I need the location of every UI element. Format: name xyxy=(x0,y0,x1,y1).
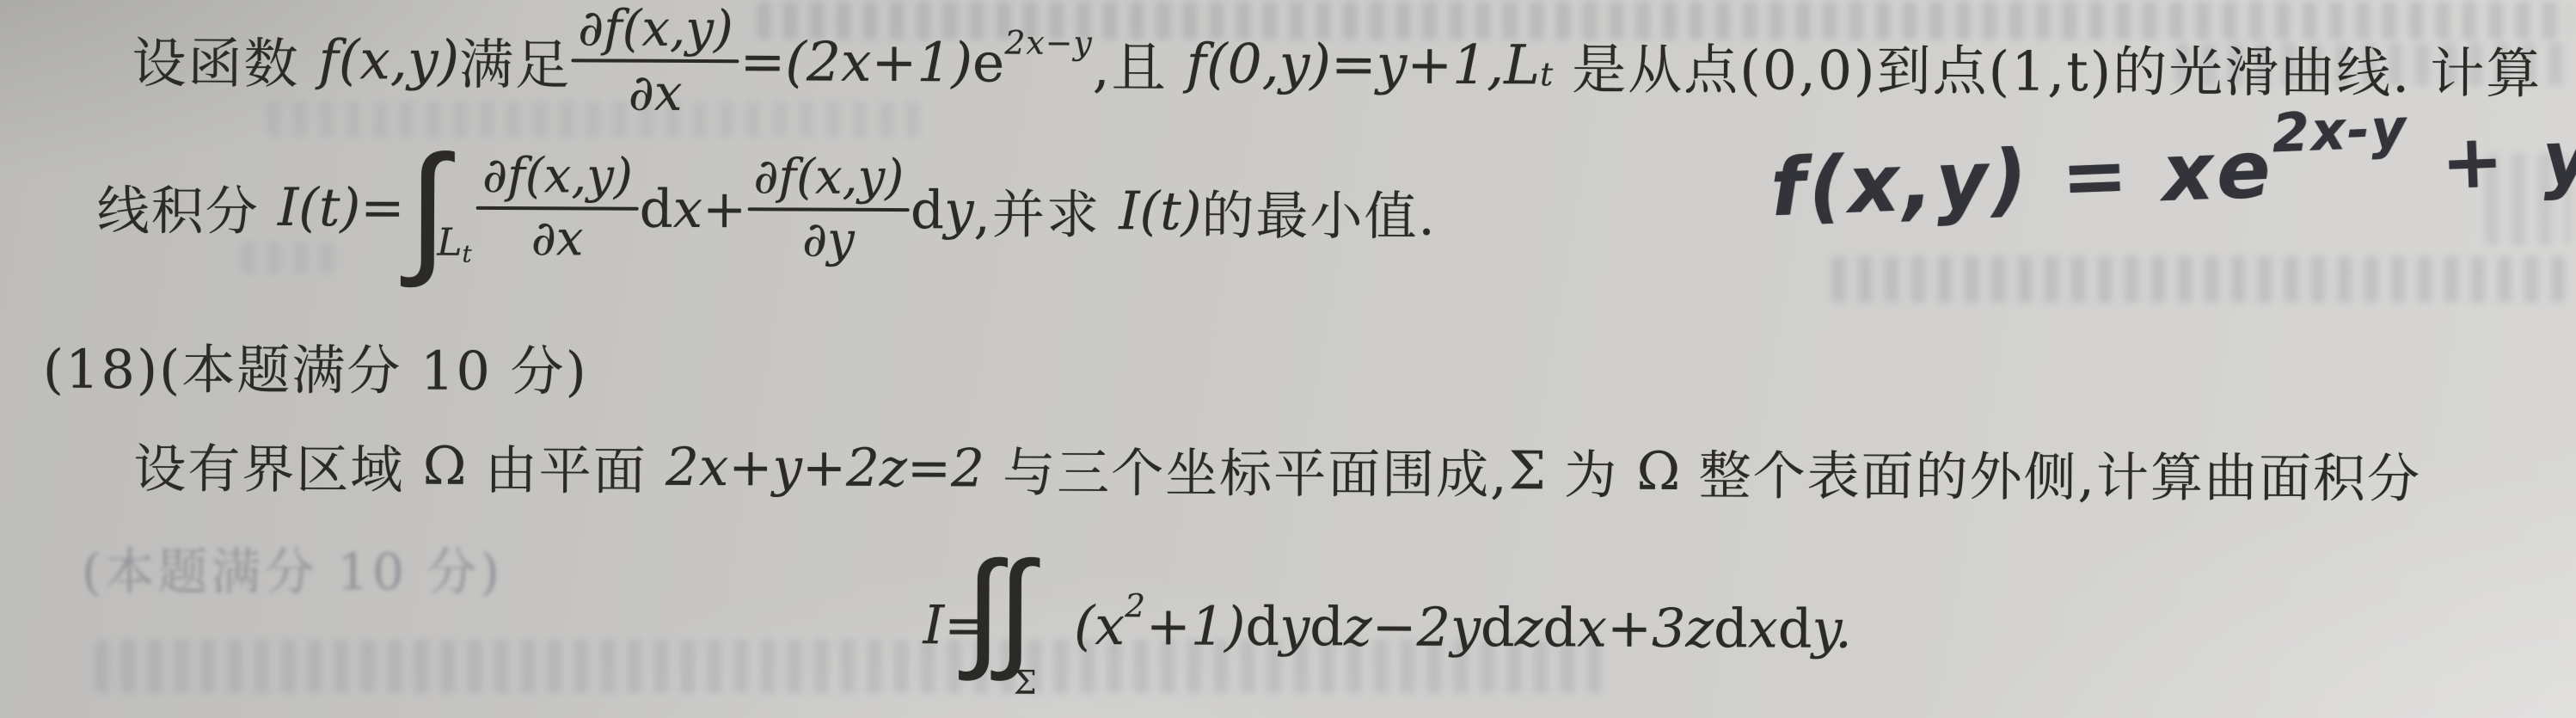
textbook-page: (本题满分 10 分) 设函数 f(x,y)满足 ∂f(x,y)∂x =(2x+… xyxy=(0,0,2576,718)
differential-d: d xyxy=(911,180,944,241)
exponent-2x-minus-y: 2x−y xyxy=(1004,23,1093,61)
page-content: 设函数 f(x,y)满足 ∂f(x,y)∂x =(2x+1)e2x−y ,且 f… xyxy=(0,0,2576,718)
curve-symbol-L: L xyxy=(1504,34,1540,96)
plus-operator: + xyxy=(702,179,746,240)
variable: x xyxy=(1577,596,1607,659)
fraction-denominator: ∂x xyxy=(531,214,584,265)
line2-It: I(t) xyxy=(1119,181,1202,242)
fraction-numerator: ∂f(x,y) xyxy=(578,3,733,56)
formula-I-equals: I= xyxy=(923,593,989,656)
partial-fraction-dfdx-2: ∂f(x,y)∂x xyxy=(482,151,633,266)
plane-equation: 2x+y+2z=2 xyxy=(665,436,984,499)
term-minus-2y: −2y xyxy=(1371,595,1481,659)
euler-e: e xyxy=(972,31,1005,94)
handwritten-xe: xe xyxy=(2161,123,2276,219)
double-integral-subscript-sigma: Σ xyxy=(1014,664,1037,702)
integral-subscript: Lt xyxy=(437,220,472,264)
line1-fxy: f(x,y) xyxy=(318,28,459,92)
line2-text-and-find: ,并求 xyxy=(973,173,1119,249)
variable: z xyxy=(1515,596,1543,659)
handwritten-exponent: 2x-y xyxy=(2271,96,2408,164)
variable-y: y xyxy=(944,180,974,241)
differential-d: d xyxy=(1778,597,1812,660)
curve-subscript-t: t xyxy=(1540,55,1553,93)
fraction-numerator: ∂f(x,y) xyxy=(753,152,904,204)
body-text-is: 为 xyxy=(1546,433,1637,508)
line2-text-line-integral: 线积分 xyxy=(96,169,278,244)
line1-text-set-function: 设函数 xyxy=(132,20,318,99)
line-integral-sign: ∫Lt xyxy=(408,139,472,277)
variable: x xyxy=(1748,597,1778,660)
differential-d: d xyxy=(1309,595,1344,658)
handwritten-lhs: f(x,y) = xyxy=(1769,127,2163,234)
body-text-bounded-region: 设有界区域 xyxy=(133,427,423,503)
formula-exponent-2: 2 xyxy=(1125,586,1146,624)
omega-symbol-2: Ω xyxy=(1636,440,1680,501)
fraction-numerator: ∂f(x,y) xyxy=(482,151,633,203)
line1-text-and: ,且 xyxy=(1092,24,1186,102)
variable: z xyxy=(1344,595,1372,658)
fraction-bar xyxy=(747,207,910,212)
fraction-denominator: ∂y xyxy=(802,216,855,267)
double-integral-glyph: ∫∫ xyxy=(997,549,1066,669)
differential-d: d xyxy=(1245,594,1279,657)
formula-plus-one: +1) xyxy=(1146,594,1246,658)
term-plus-3z: +3z xyxy=(1607,596,1714,660)
formula-open-x: (x xyxy=(1074,593,1125,656)
problem-18-body: 设有界区域 Ω 由平面 2x+y+2z=2 与三个坐标平面围成,Σ 为 Ω 整个… xyxy=(133,414,2421,525)
line1-text-curve-description: 是从点(0,0)到点(1,t)的光滑曲线. 计算 xyxy=(1553,26,2542,108)
differential-d: d xyxy=(1543,596,1577,659)
problem-18-header: (18)(本题满分 10 分) xyxy=(43,322,588,410)
body-text-outer-surface: 整个表面的外侧,计算曲面积分 xyxy=(1680,433,2421,512)
fraction-bar xyxy=(572,58,739,63)
partial-fraction-dfdx: ∂f(x,y)∂x xyxy=(578,3,733,120)
differential-d: d xyxy=(640,178,673,239)
problem-17-line-2: 线积分 I(t)= ∫Lt ∂f(x,y)∂x dx+ ∂f(x,y)∂y dy… xyxy=(96,122,1437,297)
double-integral-sign: ∫∫Σ xyxy=(997,549,1066,702)
problem-18-formula: I= ∫∫Σ (x2+1) dydz−2ydzdx+3zdxdy. xyxy=(923,533,1852,718)
line2-text-minimum: 的最小值. xyxy=(1201,174,1437,249)
variable-period: y. xyxy=(1812,597,1852,660)
handwritten-tail: + y + 1 xyxy=(2407,107,2576,207)
fraction-denominator: ∂x xyxy=(629,67,683,120)
line2-It-equals: I(t)= xyxy=(278,176,405,238)
differential-d: d xyxy=(1714,597,1748,660)
problem-number-and-points: (18)(本题满分 10 分) xyxy=(43,326,588,405)
line1-rhs: =(2x+1) xyxy=(739,30,972,94)
omega-symbol: Ω xyxy=(423,435,467,496)
differential-d: d xyxy=(1481,595,1515,658)
line1-text-satisfies: 满足 xyxy=(459,21,571,100)
line1-initial-condition: f(0,y)=y+1, xyxy=(1187,32,1505,96)
fraction-bar xyxy=(476,206,639,211)
body-text-coordinate-planes: 与三个坐标平面围成, xyxy=(984,431,1509,508)
variable-x: x xyxy=(673,178,703,239)
variable: y xyxy=(1279,594,1309,657)
sigma-symbol: Σ xyxy=(1509,440,1546,501)
partial-fraction-dfdy: ∂f(x,y)∂y xyxy=(753,152,904,267)
body-text-by-plane: 由平面 xyxy=(466,428,665,504)
